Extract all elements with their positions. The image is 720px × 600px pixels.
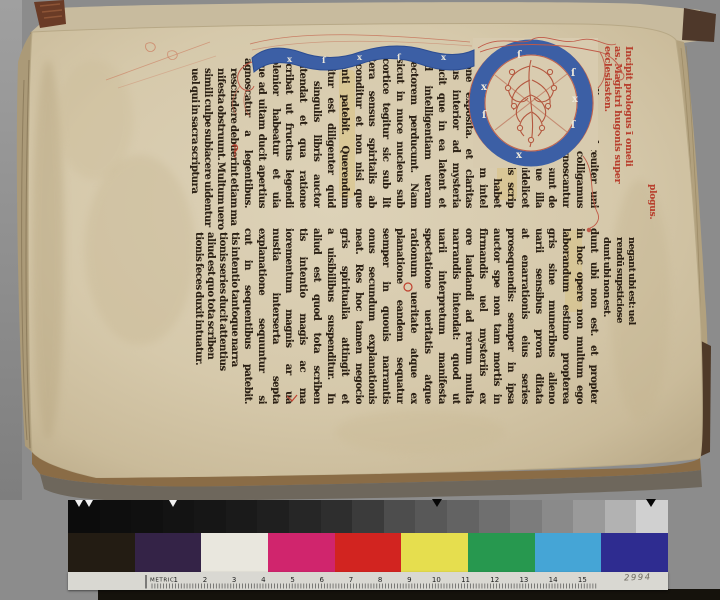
marginal-bar: xſx ſx	[233, 35, 474, 116]
registration-triangle-white	[75, 500, 83, 507]
color-patch	[401, 533, 468, 572]
grayscale-step	[289, 500, 321, 533]
color-patch	[335, 533, 402, 572]
color-patch-strip	[68, 533, 668, 572]
grayscale-step	[68, 500, 100, 533]
registration-triangle-white	[169, 500, 177, 507]
grayscale-step	[510, 500, 542, 533]
ruler-number: 9	[407, 576, 411, 584]
grayscale-step	[257, 500, 289, 533]
ruler-number: 15	[578, 576, 587, 584]
grayscale-step	[194, 500, 226, 533]
ruler-number: 4	[261, 576, 266, 584]
ruler-number: 1	[174, 576, 178, 584]
grayscale-step	[447, 500, 479, 533]
svg-text:ſ: ſ	[571, 68, 576, 79]
registration-triangle-white	[85, 500, 93, 507]
svg-text:ſ: ſ	[517, 50, 522, 61]
svg-text:ſ: ſ	[571, 120, 576, 131]
ruler-number: 14	[549, 576, 558, 584]
ruler-number: 8	[378, 576, 382, 584]
color-patch	[68, 533, 135, 572]
photo-stage: ona dispersa: breuiter unius libri serie…	[0, 0, 720, 600]
color-patch	[201, 533, 268, 572]
color-patch	[268, 533, 335, 572]
ruler-label: METRIC	[150, 578, 174, 584]
grayscale-step	[100, 500, 132, 533]
grayscale-step	[605, 500, 637, 533]
ruler-number: 2	[203, 576, 207, 584]
grayscale-step	[542, 500, 574, 533]
color-patch	[535, 533, 602, 572]
grayscale-strip	[68, 500, 668, 533]
decorated-initial: xſ ſxſ ſx	[469, 37, 624, 231]
grayscale-step	[479, 500, 511, 533]
ruler-number: 7	[349, 576, 353, 584]
ruler-number: 13	[519, 576, 528, 584]
svg-text:x: x	[516, 150, 523, 161]
ruler-number: 5	[290, 576, 294, 584]
grayscale-step	[573, 500, 605, 533]
ruler-number: 6	[320, 576, 325, 584]
grayscale-step	[352, 500, 384, 533]
color-calibration-bar: METRIC 123456789101112131415 2994	[68, 500, 668, 590]
color-patch	[468, 533, 535, 572]
ruler-number: 3	[232, 576, 236, 584]
grayscale-step	[163, 500, 195, 533]
handwritten-number: 2994	[624, 573, 652, 584]
ruler-number: 11	[461, 576, 470, 584]
grayscale-step	[384, 500, 416, 533]
grayscale-step	[131, 500, 163, 533]
color-patch	[135, 533, 202, 572]
registration-triangle-black	[646, 499, 656, 507]
color-patch	[601, 533, 668, 572]
table-shadow-strip	[98, 589, 720, 600]
svg-text:x: x	[481, 82, 488, 93]
grayscale-step	[226, 500, 258, 533]
metric-ruler: METRIC 123456789101112131415	[68, 572, 668, 590]
svg-text:ſ: ſ	[482, 110, 487, 121]
ruler-number: 10	[432, 576, 441, 584]
red-paragraph-marks	[232, 144, 412, 401]
grayscale-step	[321, 500, 353, 533]
registration-triangle-black	[432, 499, 442, 507]
pen-trials	[106, 42, 216, 88]
ruler-number: 12	[490, 576, 499, 584]
svg-text:x: x	[572, 94, 579, 105]
